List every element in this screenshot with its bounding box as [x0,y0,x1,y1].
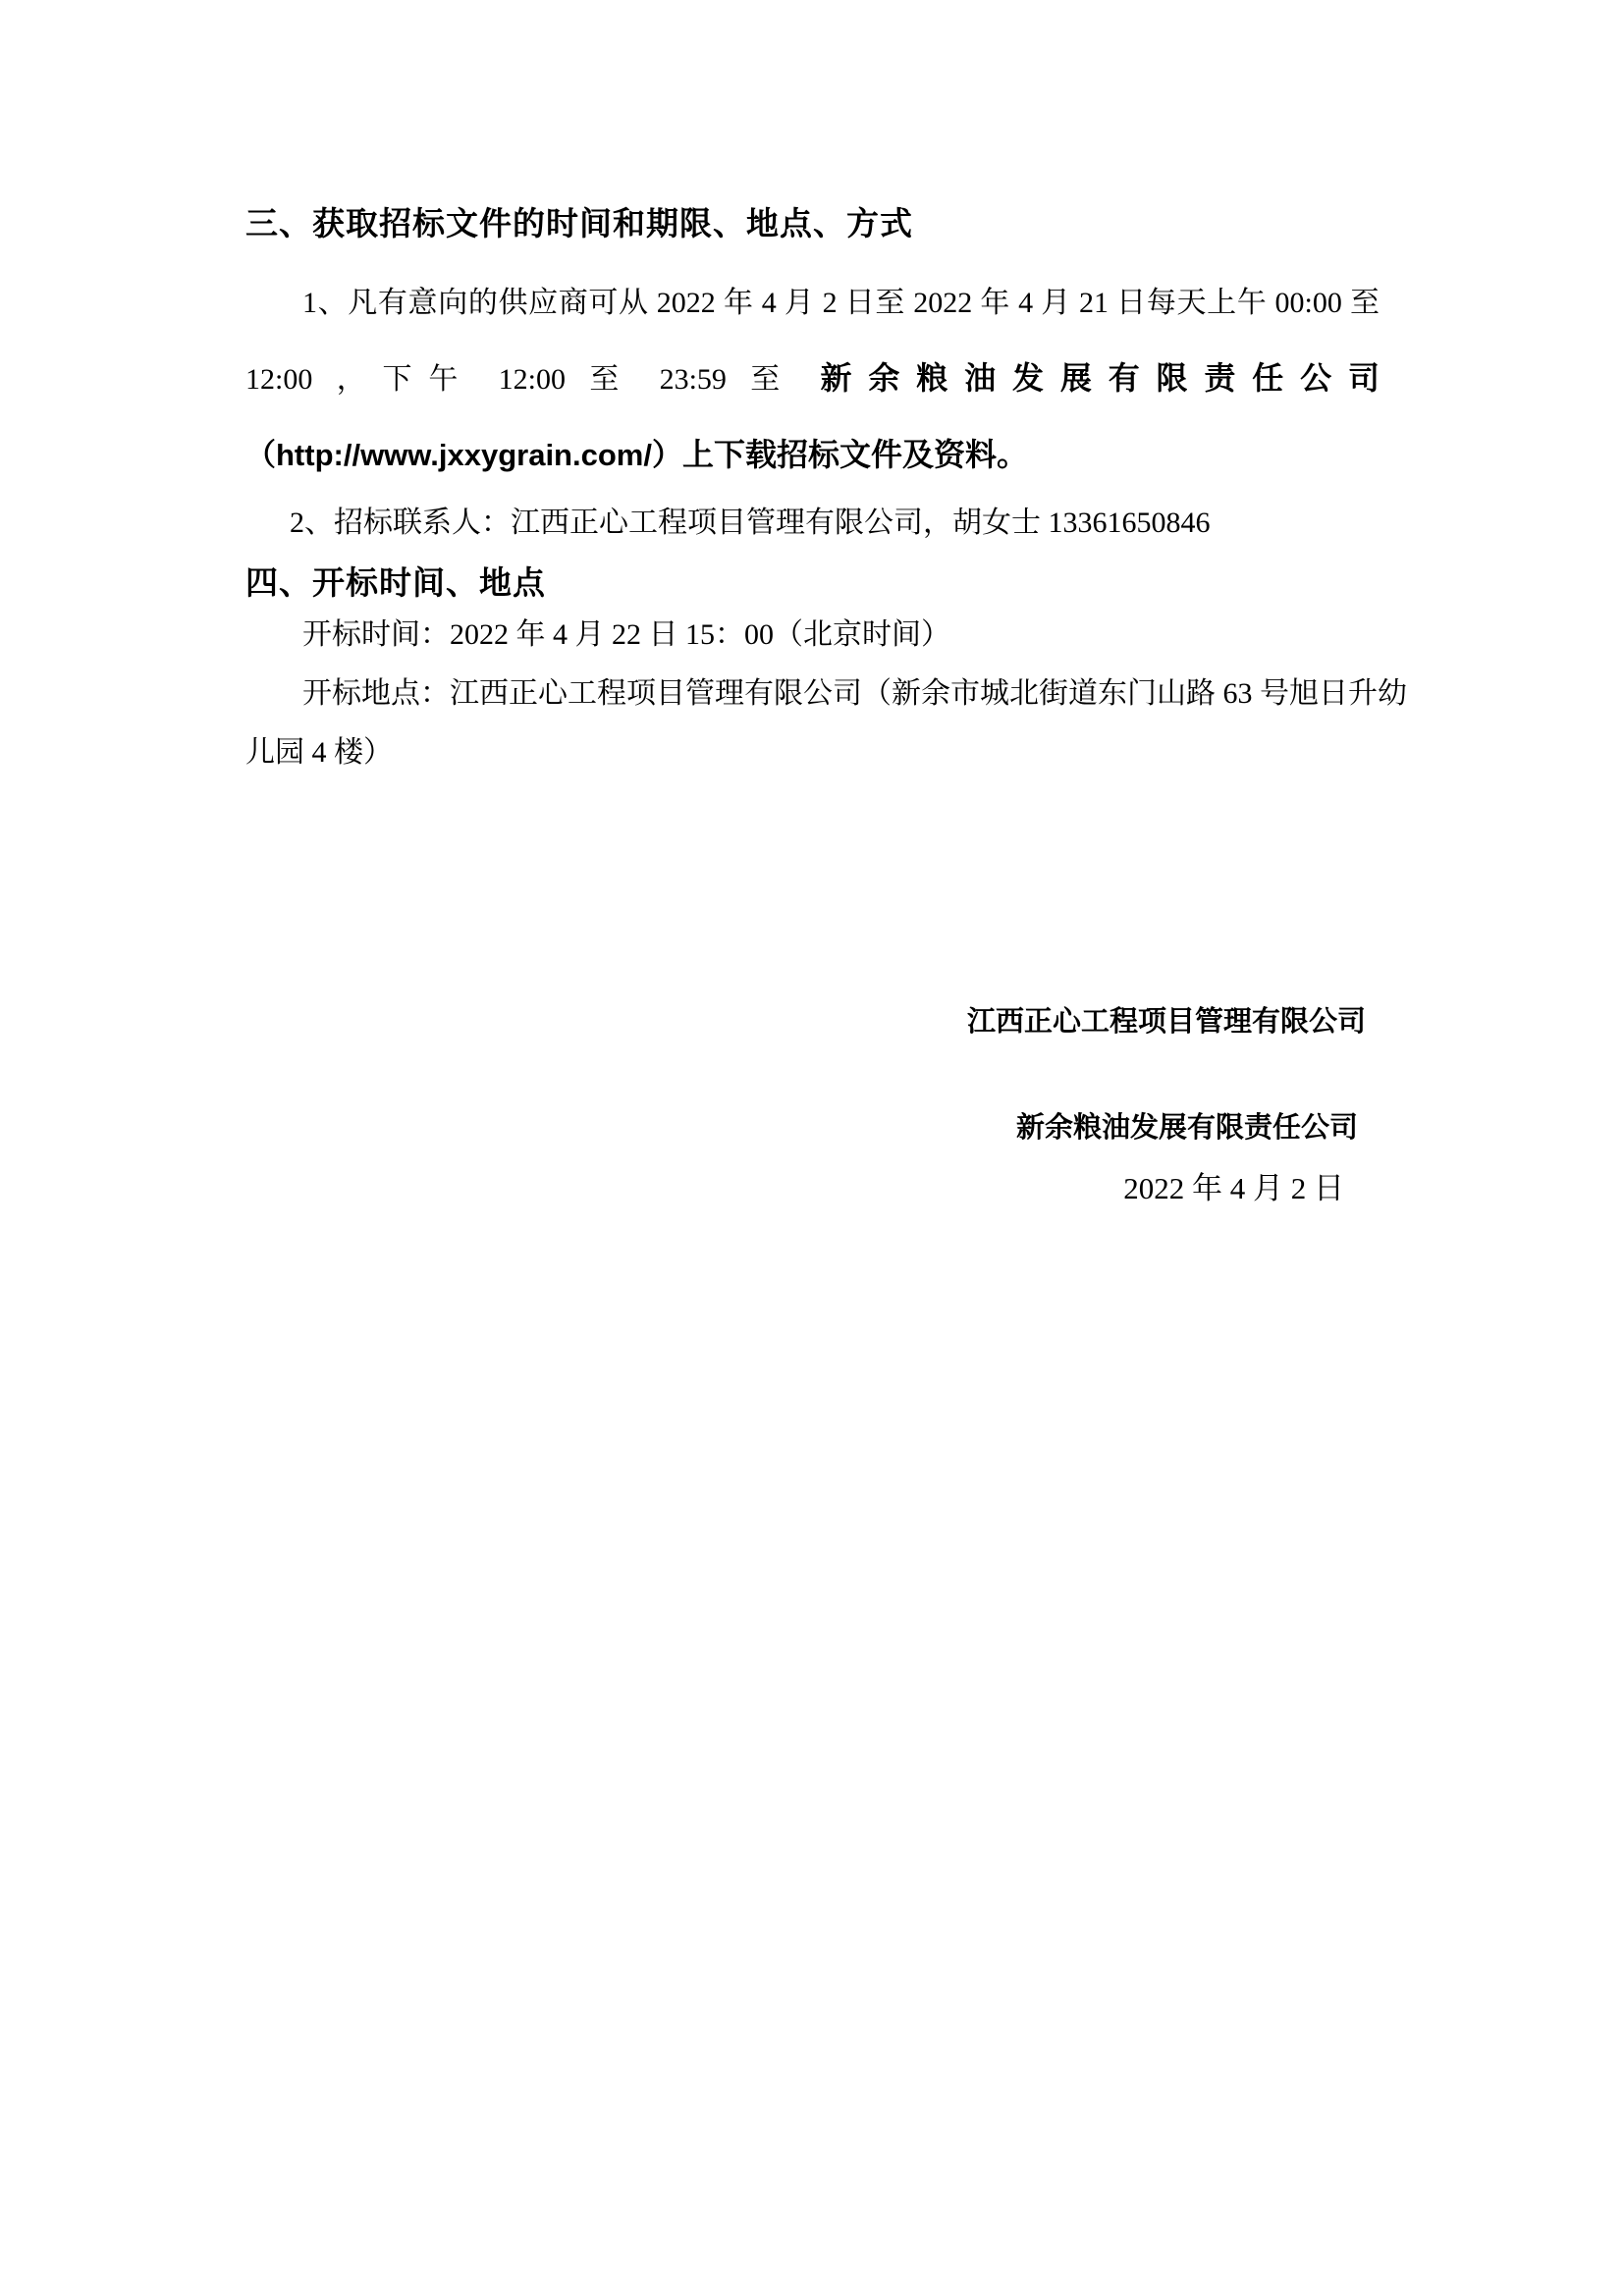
section4-open-place-line1: 开标地点：江西正心工程项目管理有限公司（新余市城北街道东门山路 63 号旭日升幼 [245,665,1380,723]
section3-para1-line2-times: 12:00 ，下午 12:00 至 23:59 至 [245,363,796,396]
section4-heading: 四、开标时间、地点 [245,561,1380,606]
section3-para1-line2-company: 新余粮油发展有限责任公司 [821,360,1380,396]
section4-open-place-line2: 儿园 4 楼） [245,723,1380,782]
section3-para1-line2: 12:00 ，下午 12:00 至 23:59 至 新余粮油发展有限责任公司 [245,341,1380,417]
signature-owner-name: 新余粮油发展有限责任公司 [245,1098,1380,1157]
section3-para1-line3: （http://www.jxxygrain.com/）上下载招标文件及资料。 [245,417,1380,494]
section4-open-time: 开标时间：2022 年 4 月 22 日 15：00（北京时间） [245,606,1380,665]
signature-block: 江西正心工程项目管理有限公司 新余粮油发展有限责任公司 2022 年 4 月 2… [245,992,1380,1218]
tender-website-url: （http://www.jxxygrain.com/） [245,438,682,472]
section3-heading: 三、获取招标文件的时间和期限、地点、方式 [245,201,1380,246]
document-page: 三、获取招标文件的时间和期限、地点、方式 1、凡有意向的供应商可从 2022 年… [0,0,1624,2296]
section4-open-place: 开标地点：江西正心工程项目管理有限公司（新余市城北街道东门山路 63 号旭日升幼… [245,665,1380,782]
section3-para1-line1: 1、凡有意向的供应商可从 2022 年 4 月 2 日至 2022 年 4 月 … [245,266,1380,341]
signature-agency-name: 江西正心工程项目管理有限公司 [245,992,1380,1051]
section3-para1-line3-rest: 上下载招标文件及资料。 [682,437,1028,472]
section3-paragraph2-contact: 2、招标联系人：江西正心工程项目管理有限公司，胡女士 13361650846 [245,494,1380,553]
section3-paragraph1: 1、凡有意向的供应商可从 2022 年 4 月 2 日至 2022 年 4 月 … [245,266,1380,494]
signature-date: 2022 年 4 月 2 日 [245,1159,1380,1218]
